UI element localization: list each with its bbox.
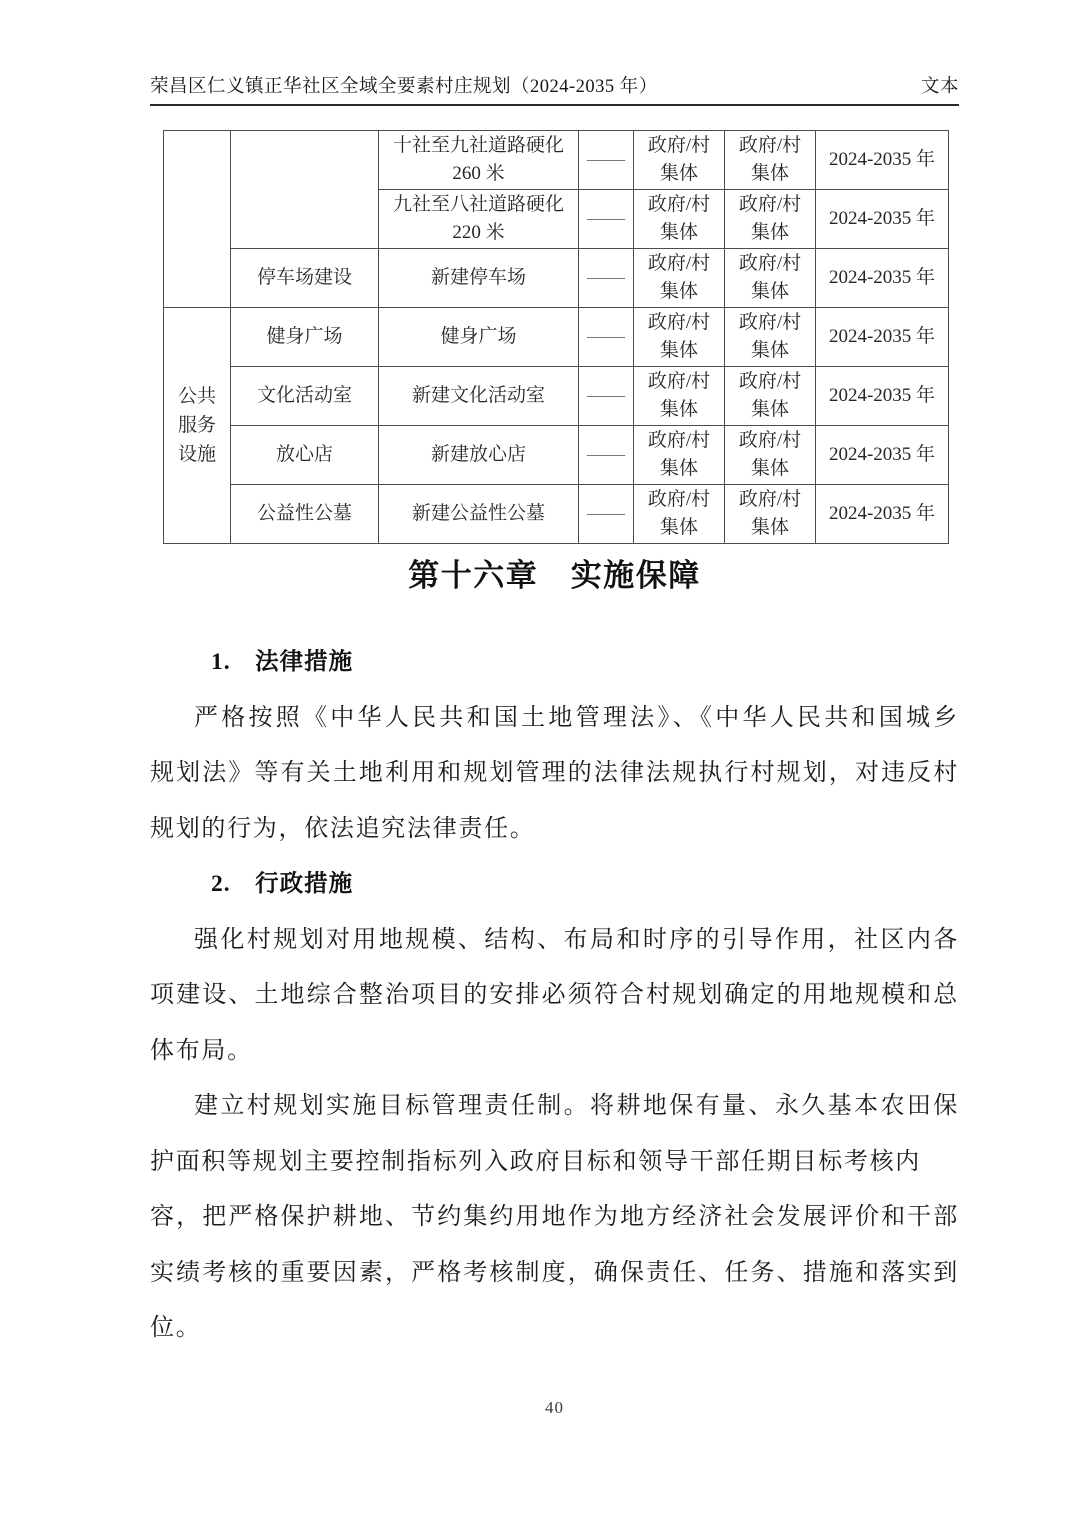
project-content-cell: 新建文化活动室 bbox=[379, 367, 579, 426]
subcategory-cell: 文化活动室 bbox=[231, 367, 379, 426]
category-cell-public-services: 公共 服务 设施 bbox=[164, 308, 231, 544]
paragraph-line: 严格按照《中华人民共和国土地管理法》、《中华人民共和国城乡 bbox=[150, 691, 959, 747]
implementer-cell: 政府/村 集体 bbox=[634, 367, 725, 426]
subcategory-cell: 健身广场 bbox=[231, 308, 379, 367]
page-header: 荣昌区仁义镇正华社区全域全要素村庄规划（2024-2035 年） 文本 bbox=[150, 72, 959, 106]
category-cell-empty bbox=[164, 131, 231, 308]
paragraph-line: 项建设、土地综合整治项目的安排必须符合村规划确定的用地规模和总 bbox=[150, 968, 959, 1024]
subcategory-cell: 停车场建设 bbox=[231, 249, 379, 308]
funding-source-cell: 政府/村 集体 bbox=[725, 131, 816, 190]
funding-source-cell: 政府/村 集体 bbox=[725, 308, 816, 367]
page-number: 40 bbox=[150, 1398, 959, 1418]
investment-cell: —— bbox=[579, 249, 634, 308]
paragraph-line: 护面积等规划主要控制指标列入政府目标和领导干部任期目标考核内 bbox=[150, 1135, 959, 1191]
table-row: 公共 服务 设施 健身广场 健身广场 —— 政府/村 集体 政府/村 集体 20… bbox=[164, 308, 949, 367]
funding-source-cell: 政府/村 集体 bbox=[725, 426, 816, 485]
project-table: 十社至九社道路硬化 260 米 —— 政府/村 集体 政府/村 集体 2024-… bbox=[163, 130, 949, 544]
period-cell: 2024-2035 年 bbox=[816, 131, 949, 190]
subcategory-cell: 放心店 bbox=[231, 426, 379, 485]
table-row: 文化活动室 新建文化活动室 —— 政府/村 集体 政府/村 集体 2024-20… bbox=[164, 367, 949, 426]
period-cell: 2024-2035 年 bbox=[816, 367, 949, 426]
funding-source-cell: 政府/村 集体 bbox=[725, 190, 816, 249]
paragraph-line: 体布局。 bbox=[150, 1024, 959, 1080]
paragraph-line: 建立村规划实施目标管理责任制。将耕地保有量、永久基本农田保 bbox=[150, 1079, 959, 1135]
subcategory-cell-empty bbox=[231, 131, 379, 249]
project-content-cell: 新建公益性公墓 bbox=[379, 485, 579, 544]
period-cell: 2024-2035 年 bbox=[816, 190, 949, 249]
implementer-cell: 政府/村 集体 bbox=[634, 426, 725, 485]
body-text: 1. 法律措施 严格按照《中华人民共和国土地管理法》、《中华人民共和国城乡 规划… bbox=[150, 635, 959, 1357]
paragraph-line: 规划的行为，依法追究法律责任。 bbox=[150, 802, 959, 858]
table-row: 放心店 新建放心店 —— 政府/村 集体 政府/村 集体 2024-2035 年 bbox=[164, 426, 949, 485]
document-page: 荣昌区仁义镇正华社区全域全要素村庄规划（2024-2035 年） 文本 十社至九… bbox=[0, 0, 1074, 1520]
investment-cell: —— bbox=[579, 190, 634, 249]
table-row: 停车场建设 新建停车场 —— 政府/村 集体 政府/村 集体 2024-2035… bbox=[164, 249, 949, 308]
header-title: 荣昌区仁义镇正华社区全域全要素村庄规划（2024-2035 年） bbox=[150, 72, 658, 98]
period-cell: 2024-2035 年 bbox=[816, 485, 949, 544]
funding-source-cell: 政府/村 集体 bbox=[725, 485, 816, 544]
investment-cell: —— bbox=[579, 308, 634, 367]
investment-cell: —— bbox=[579, 131, 634, 190]
period-cell: 2024-2035 年 bbox=[816, 426, 949, 485]
paragraph-line: 位。 bbox=[150, 1301, 959, 1357]
investment-cell: —— bbox=[579, 485, 634, 544]
paragraph-line: 强化村规划对用地规模、结构、布局和时序的引导作用，社区内各 bbox=[150, 913, 959, 969]
project-content-cell: 新建放心店 bbox=[379, 426, 579, 485]
paragraph-line: 规划法》等有关土地利用和规划管理的法律法规执行村规划，对违反村 bbox=[150, 746, 959, 802]
investment-cell: —— bbox=[579, 367, 634, 426]
funding-source-cell: 政府/村 集体 bbox=[725, 249, 816, 308]
section-heading-administrative: 2. 行政措施 bbox=[150, 857, 959, 913]
investment-cell: —— bbox=[579, 426, 634, 485]
project-content-cell: 十社至九社道路硬化 260 米 bbox=[379, 131, 579, 190]
chapter-title: 第十六章 实施保障 bbox=[150, 553, 959, 599]
implementer-cell: 政府/村 集体 bbox=[634, 190, 725, 249]
paragraph-line: 实绩考核的重要因素，严格考核制度，确保责任、任务、措施和落实到 bbox=[150, 1246, 959, 1302]
section-heading-legal: 1. 法律措施 bbox=[150, 635, 959, 691]
project-content-cell: 健身广场 bbox=[379, 308, 579, 367]
funding-source-cell: 政府/村 集体 bbox=[725, 367, 816, 426]
implementer-cell: 政府/村 集体 bbox=[634, 308, 725, 367]
period-cell: 2024-2035 年 bbox=[816, 249, 949, 308]
table-row: 公益性公墓 新建公益性公墓 —— 政府/村 集体 政府/村 集体 2024-20… bbox=[164, 485, 949, 544]
table-row: 十社至九社道路硬化 260 米 —— 政府/村 集体 政府/村 集体 2024-… bbox=[164, 131, 949, 190]
implementer-cell: 政府/村 集体 bbox=[634, 485, 725, 544]
subcategory-cell: 公益性公墓 bbox=[231, 485, 379, 544]
implementer-cell: 政府/村 集体 bbox=[634, 131, 725, 190]
project-content-cell: 新建停车场 bbox=[379, 249, 579, 308]
project-content-cell: 九社至八社道路硬化 220 米 bbox=[379, 190, 579, 249]
paragraph-line: 容，把严格保护耕地、节约集约用地作为地方经济社会发展评价和干部 bbox=[150, 1190, 959, 1246]
header-doc-type-label: 文本 bbox=[921, 72, 959, 98]
period-cell: 2024-2035 年 bbox=[816, 308, 949, 367]
implementer-cell: 政府/村 集体 bbox=[634, 249, 725, 308]
